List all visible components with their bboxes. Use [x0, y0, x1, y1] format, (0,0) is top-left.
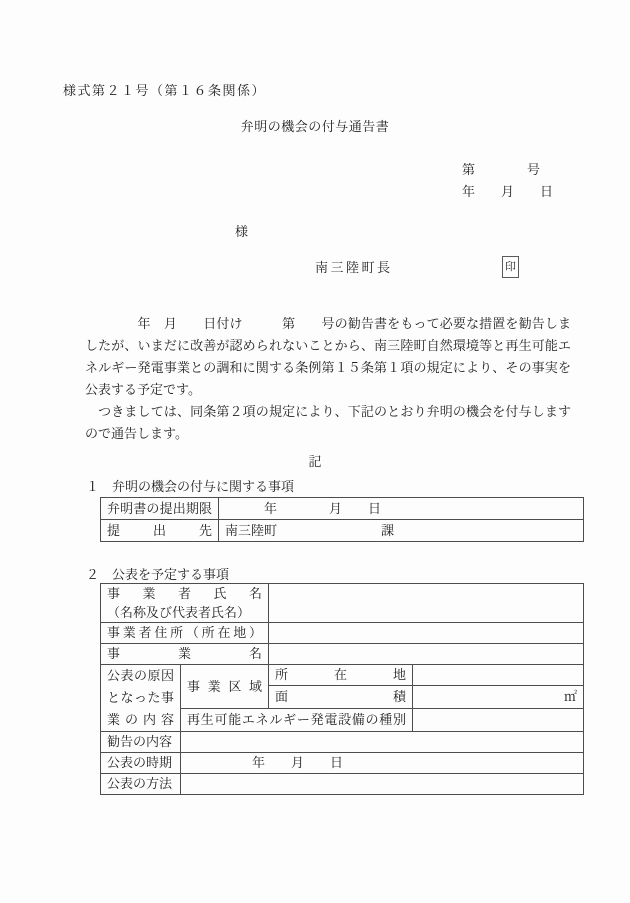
section2-heading: ２ 公表を予定する事項 [86, 567, 229, 583]
deadline-label: 弁明書の提出期限 [101, 498, 219, 520]
operator-name-value [269, 584, 584, 623]
document-meta-block: 第 号 年 月 日 [462, 159, 553, 203]
publication-time-value: 年 月 日 [181, 753, 584, 774]
publication-items-table: 事業者氏名 （名称及び代表者氏名） 事業者住所（所在地） 事業名 公表の原因 と… [100, 583, 584, 795]
table-row: 提出先 南三陸町 課 [101, 520, 584, 542]
equipment-type-label: 再生可能エネルギー発電設備の種別 [181, 709, 413, 732]
operator-name-label-line1: 事業者氏名 [107, 584, 262, 603]
explanation-opportunity-table: 弁明書の提出期限 年 月 日 提出先 南三陸町 課 [100, 497, 584, 542]
publication-time-label: 公表の時期 [101, 753, 181, 774]
publication-cause-line: 業の内容 [107, 709, 174, 731]
deadline-value: 年 月 日 [219, 498, 584, 520]
publication-method-label: 公表の方法 [101, 774, 181, 795]
operator-name-label: 事業者氏名 （名称及び代表者氏名） [101, 584, 269, 623]
addressee-honorific: 様 [235, 221, 248, 243]
publication-cause-line: となった事 [107, 687, 174, 709]
table-row: 事業者氏名 （名称及び代表者氏名） [101, 584, 584, 623]
table-row: 公表の方法 [101, 774, 584, 795]
business-name-label: 事業名 [101, 644, 269, 665]
equipment-type-value [413, 709, 584, 732]
operator-address-label: 事業者住所（所在地） [101, 623, 269, 644]
business-name-value [269, 644, 584, 665]
operator-name-label-line2: （名称及び代表者氏名） [107, 603, 262, 622]
note-marker: 記 [0, 451, 630, 473]
section1-heading: １ 弁明の機会の付与に関する事項 [86, 479, 294, 495]
table-row: 弁明書の提出期限 年 月 日 [101, 498, 584, 520]
sender-title: 南三陸町長 [315, 257, 393, 279]
publication-cause-label: 公表の原因 となった事 業の内容 [101, 665, 181, 732]
area-value-unit: ㎡ [413, 686, 584, 709]
document-page: 様式第２１号（第１６条関係） 弁明の機会の付与通告書 第 号 年 月 日 様 南… [0, 0, 630, 903]
body-line: ネルギー発電事業との調和に関する条例第１５条第１項の規定により、その事実を [85, 357, 571, 379]
body-line: 年 月 日付け 第 号の勧告書をもって必要な措置を勧告しま [85, 313, 571, 335]
table-row: 公表の原因 となった事 業の内容 事業区域 所在地 [101, 665, 584, 686]
document-number-line: 第 号 [462, 159, 553, 181]
table-row: 事業者住所（所在地） [101, 623, 584, 644]
document-title: 弁明の機会の付与通告書 [0, 116, 630, 138]
body-line: 公表する予定です。 [85, 379, 571, 401]
recommendation-value [181, 732, 584, 753]
body-line: ので通告します。 [85, 423, 571, 445]
body-paragraph-1: 年 月 日付け 第 号の勧告書をもって必要な措置を勧告しま したが、いまだに改善… [85, 313, 571, 401]
publication-method-value [181, 774, 584, 795]
body-paragraph-2: つきましては、同条第２項の規定により、下記のとおり弁明の機会を付与します ので通… [85, 401, 571, 445]
recommendation-label: 勧告の内容 [101, 732, 181, 753]
business-area-label: 事業区域 [181, 665, 269, 709]
location-label: 所在地 [269, 665, 413, 686]
submit-to-label: 提出先 [101, 520, 219, 542]
submit-to-value: 南三陸町 課 [219, 520, 584, 542]
table-row: 公表の時期 年 月 日 [101, 753, 584, 774]
body-line: つきましては、同条第２項の規定により、下記のとおり弁明の機会を付与します [85, 401, 571, 423]
area-label: 面積 [269, 686, 413, 709]
seal-mark: 印 [502, 256, 519, 278]
location-value [413, 665, 584, 686]
body-line: したが、いまだに改善が認められないことから、南三陸町自然環境等と再生可能エ [85, 335, 571, 357]
table-row: 事業名 [101, 644, 584, 665]
table-row: 勧告の内容 [101, 732, 584, 753]
document-date-line: 年 月 日 [462, 181, 553, 203]
publication-cause-line: 公表の原因 [107, 665, 174, 687]
form-number: 様式第２１号（第１６条関係） [63, 80, 266, 102]
operator-address-value [269, 623, 584, 644]
